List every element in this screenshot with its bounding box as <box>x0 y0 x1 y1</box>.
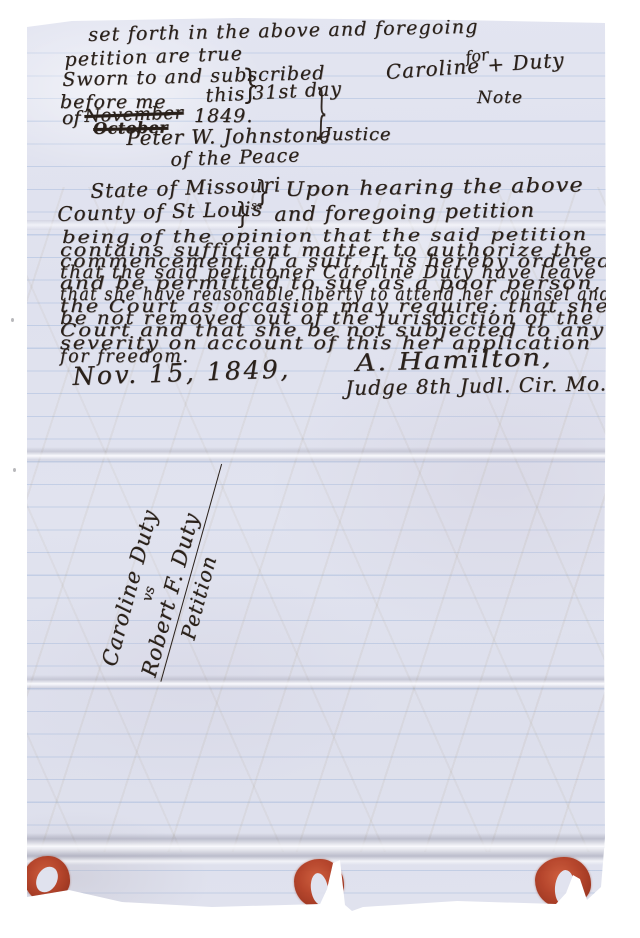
officer-word-justice: Justice <box>324 124 391 145</box>
order-opening-2: and foregoing petition <box>274 198 535 226</box>
document-paper: set forth in the above and foregoing pet… <box>27 17 606 913</box>
dust-speck <box>13 468 16 472</box>
venue-county: County of St Louis <box>57 197 263 226</box>
venue-brace-2: } <box>235 197 250 231</box>
jurat-line-5a: of <box>62 107 80 129</box>
side-note-parties: Caroline + Duty <box>385 48 565 84</box>
wax-seal-right <box>535 857 591 907</box>
docket-label: Caroline Duty vs Robert F. Duty Petition <box>97 440 246 686</box>
scan-background: set forth in the above and foregoing pet… <box>0 0 640 938</box>
dust-speck <box>11 318 14 322</box>
judge-title: Judge 8th Judl. Cir. Mo. <box>345 371 607 400</box>
order-date: Nov. 15, 1849, <box>72 354 291 391</box>
order-opening-1: Upon hearing the above <box>285 172 584 201</box>
fold-crease <box>27 447 606 463</box>
wax-seal-left <box>24 856 70 901</box>
jurat-line-1: set forth in the above and foregoing <box>88 16 479 46</box>
ruled-lines <box>27 31 606 907</box>
officer-title: of the Peace <box>170 144 301 171</box>
venue-ss: ss <box>251 199 262 212</box>
side-note-note: Note <box>477 88 523 108</box>
wax-seal-center <box>294 859 344 907</box>
paper-texture <box>27 17 606 913</box>
officer-signature: Peter W. Johnstone <box>126 122 332 150</box>
fold-crease <box>27 675 606 691</box>
